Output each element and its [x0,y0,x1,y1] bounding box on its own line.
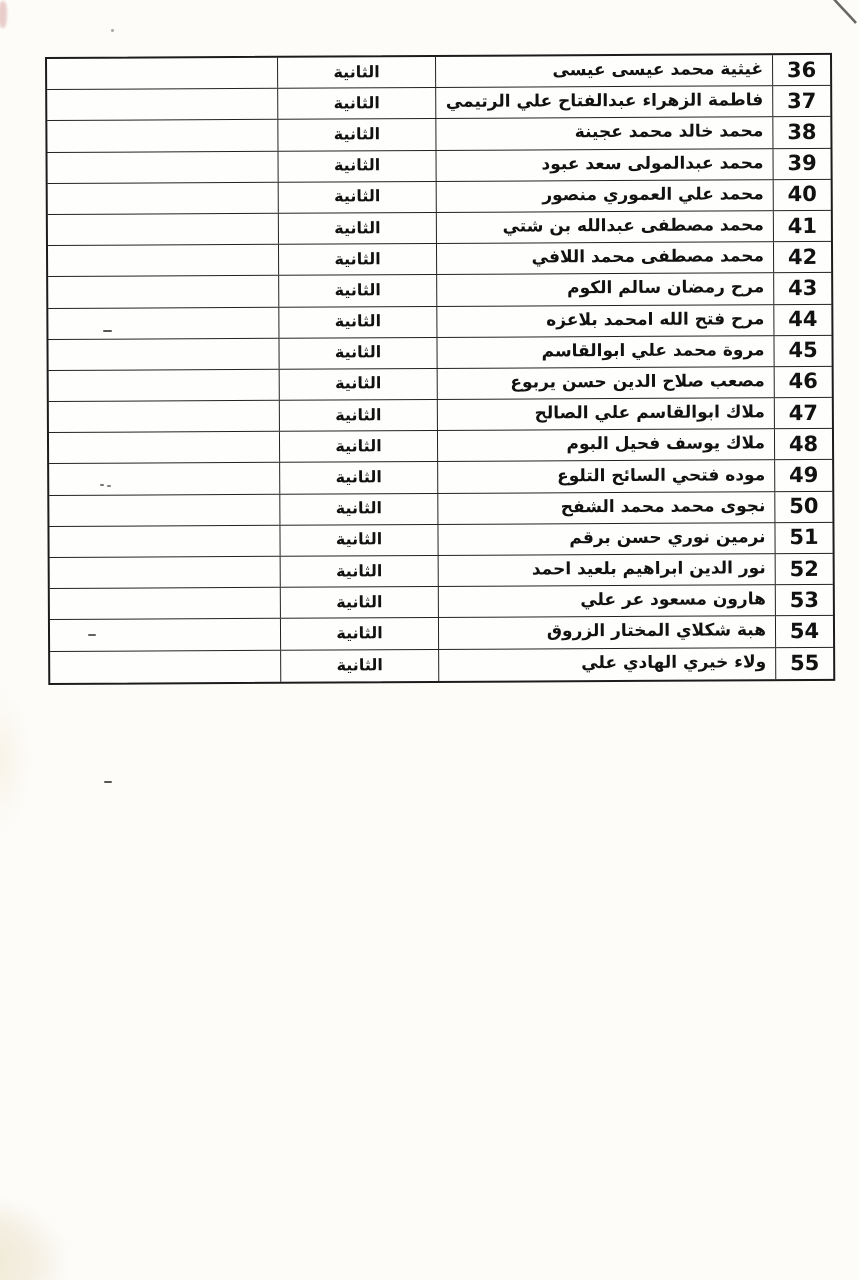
student-name-cell: مرح فتح الله امحمد بلاعزه [436,305,773,337]
notes-cell [49,401,279,432]
table-row: الثانية مروة محمد علي ابوالقاسم 45 [48,336,831,371]
table-row: الثانية ملاك ابوالقاسم علي الصالح 47 [49,398,832,433]
notes-cell [50,650,280,682]
class-cell: الثانية [279,400,437,431]
student-name-cell: موده فتحي السائح التلوع [437,461,774,493]
edge-smudge [0,1,7,28]
notes-cell [48,338,278,369]
class-cell: الثانية [280,556,438,587]
row-number-cell: 43 [773,273,831,303]
student-name-cell: ولاء خيري الهادي علي [438,648,775,681]
class-cell: الثانية [280,587,438,618]
row-number-cell: 41 [773,211,831,241]
notes-cell [48,183,278,214]
class-cell: الثانية [278,244,436,275]
table-row: الثانية هبة شكلاي المختار الزروق 54 [50,616,833,651]
scan-speck [111,29,114,32]
row-number-cell: 54 [775,616,833,646]
student-name-cell: هارون مسعود عر علي [438,585,775,617]
student-name-cell: محمد مصطفى عبدالله بن شتي [436,211,773,243]
class-cell: الثانية [279,525,437,556]
notes-cell [48,214,278,245]
notes-cell [48,245,278,276]
class-cell: الثانية [280,618,438,649]
student-name-cell: فاطمة الزهراء عبدالفتاح علي الرتيمي [435,86,772,118]
table-row: الثانية محمد عبدالمولى سعد عبود 39 [48,148,831,183]
row-number-cell: 40 [773,180,831,210]
table-row: الثانية هارون مسعود عر علي 53 [50,585,833,620]
class-cell: الثانية [277,119,435,150]
notes-cell [49,526,279,557]
class-cell: الثانية [278,213,436,244]
scanned-page: الثانية غيثية محمد عيسى عيسى 36 الثانية … [0,0,858,1280]
notes-cell [50,619,280,650]
roster-table: الثانية غيثية محمد عيسى عيسى 36 الثانية … [45,53,835,685]
class-cell: الثانية [277,57,435,88]
table-row: الثانية مصعب صلاح الدين حسن يربوع 46 [49,367,832,402]
row-number-cell: 46 [774,367,832,397]
row-number-cell: 49 [774,460,832,490]
notes-cell [49,463,279,494]
table-row: الثانية ولاء خيري الهادي علي 55 [50,647,833,682]
table-row: الثانية نرمين نوري حسن برقم 51 [49,523,832,558]
table-row: الثانية مرح رمضان سالم الكوم 43 [48,273,831,308]
notes-cell [47,89,277,120]
class-cell: الثانية [278,182,436,213]
class-cell: الثانية [278,275,436,306]
class-cell: الثانية [278,306,436,337]
student-name-cell: محمد مصطفى محمد اللافي [436,242,773,274]
row-number-cell: 50 [774,492,832,522]
class-cell: الثانية [277,151,435,182]
notes-cell [47,58,277,89]
row-number-cell: 53 [775,585,833,615]
table-row: الثانية محمد مصطفى عبدالله بن شتي 41 [48,211,831,246]
notes-cell [48,307,278,338]
pen-dash-mark [104,781,112,783]
class-cell: الثانية [279,462,437,493]
row-number-cell: 45 [773,336,831,366]
student-name-cell: نجوى محمد محمد الشفح [437,492,774,524]
page-curl-line [828,0,858,26]
roster-table-body: الثانية غيثية محمد عيسى عيسى 36 الثانية … [47,55,833,683]
notes-cell [50,557,280,588]
row-number-cell: 37 [772,86,830,116]
table-row: الثانية نجوى محمد محمد الشفح 50 [49,492,832,527]
class-cell: الثانية [277,88,435,119]
table-row: الثانية مرح فتح الله امحمد بلاعزه 44 [48,304,831,339]
student-name-cell: هبة شكلاي المختار الزروق [438,617,775,649]
student-name-cell: محمد عبدالمولى سعد عبود [435,149,772,181]
student-name-cell: محمد علي العموري منصور [436,180,773,212]
notes-cell [50,588,280,619]
class-cell: الثانية [279,431,437,462]
student-name-cell: مروة محمد علي ابوالقاسم [436,336,773,368]
table-row: الثانية محمد خالد محمد عجينة 38 [47,117,830,152]
row-number-cell: 42 [773,242,831,272]
row-number-cell: 38 [772,117,830,147]
student-name-cell: نور الدين ابراهيم بلعيد احمد [438,554,775,586]
notes-cell [48,276,278,307]
student-name-cell: مرح رمضان سالم الكوم [436,274,773,306]
row-number-cell: 51 [774,523,832,553]
row-number-cell: 47 [774,398,832,428]
notes-cell [47,120,277,151]
row-number-cell: 55 [775,647,833,678]
class-cell: الثانية [279,369,437,400]
student-name-cell: ملاك ابوالقاسم علي الصالح [437,398,774,430]
notes-cell [48,151,278,182]
student-name-cell: محمد خالد محمد عجينة [435,118,772,150]
row-number-cell: 48 [774,429,832,459]
row-number-cell: 39 [772,148,830,178]
student-name-cell: نرمين نوري حسن برقم [437,523,774,555]
table-row: الثانية محمد مصطفى محمد اللافي 42 [48,242,831,277]
table-row: الثانية غيثية محمد عيسى عيسى 36 [47,55,830,90]
row-number-cell: 52 [775,554,833,584]
student-name-cell: غيثية محمد عيسى عيسى [435,55,772,87]
class-cell: الثانية [280,650,438,682]
row-number-cell: 36 [772,55,830,85]
notes-cell [49,494,279,525]
table-row: الثانية موده فتحي السائح التلوع 49 [49,460,832,495]
student-name-cell: مصعب صلاح الدين حسن يربوع [437,367,774,399]
table-row: الثانية نور الدين ابراهيم بلعيد احمد 52 [50,554,833,589]
row-number-cell: 44 [773,304,831,334]
table-row: الثانية ملاك يوسف فحيل البوم 48 [49,429,832,464]
notes-cell [49,432,279,463]
student-name-cell: ملاك يوسف فحيل البوم [437,429,774,461]
class-cell: الثانية [278,338,436,369]
table-row: الثانية فاطمة الزهراء عبدالفتاح علي الرت… [47,86,830,121]
class-cell: الثانية [279,494,437,525]
table-row: الثانية محمد علي العموري منصور 40 [48,180,831,215]
notes-cell [49,370,279,401]
